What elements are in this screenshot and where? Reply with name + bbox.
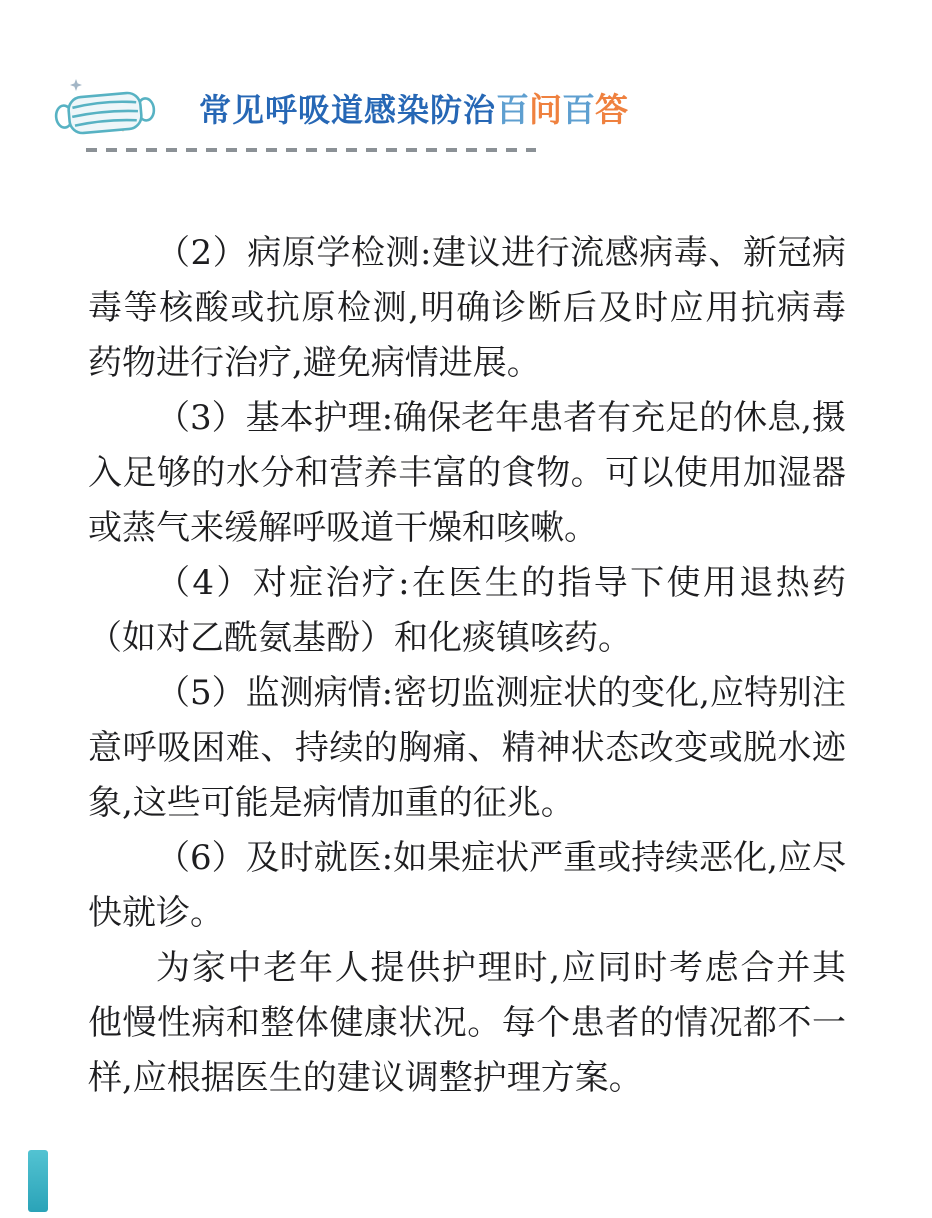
book-page: 常见呼吸道感染防治百问百答 （2）病原学检测:建议进行流感病毒、新冠病毒等核酸或… (0, 0, 932, 1218)
paragraph: （2）病原学检测:建议进行流感病毒、新冠病毒等核酸或抗原检测,明确诊断后及时应用… (88, 226, 846, 391)
paragraph: （6）及时就医:如果症状严重或持续恶化,应尽快就诊。 (88, 831, 846, 941)
paragraph: （4）对症治疗:在医生的指导下使用退热药（如对乙酰氨基酚）和化痰镇咳药。 (88, 556, 846, 666)
title-accent-char: 问 (529, 90, 562, 129)
page-title: 常见呼吸道感染防治百问百答 (199, 90, 628, 130)
paragraph: （3）基本护理:确保老年患者有充足的休息,摄入足够的水分和营养丰富的食物。可以使… (88, 391, 846, 556)
header-dashed-divider (86, 148, 536, 152)
paragraph: 为家中老年人提供护理时,应同时考虑合并其他慢性病和整体健康状况。每个患者的情况都… (88, 941, 846, 1106)
paragraph: （5）监测病情:密切监测症状的变化,应特别注意呼吸困难、持续的胸痛、精神状态改变… (88, 666, 846, 831)
page-corner-tab (28, 1150, 48, 1212)
page-header: 常见呼吸道感染防治百问百答 (0, 0, 932, 180)
title-accent-char: 答 (595, 90, 628, 129)
sparkle-icon (70, 79, 82, 91)
title-main: 常见呼吸道感染防治 (199, 92, 496, 128)
title-accent-char: 百 (562, 90, 595, 129)
page-body-text: （2）病原学检测:建议进行流感病毒、新冠病毒等核酸或抗原检测,明确诊断后及时应用… (88, 226, 846, 1106)
surgical-mask-icon (53, 73, 169, 157)
title-accent-char: 百 (496, 90, 529, 129)
